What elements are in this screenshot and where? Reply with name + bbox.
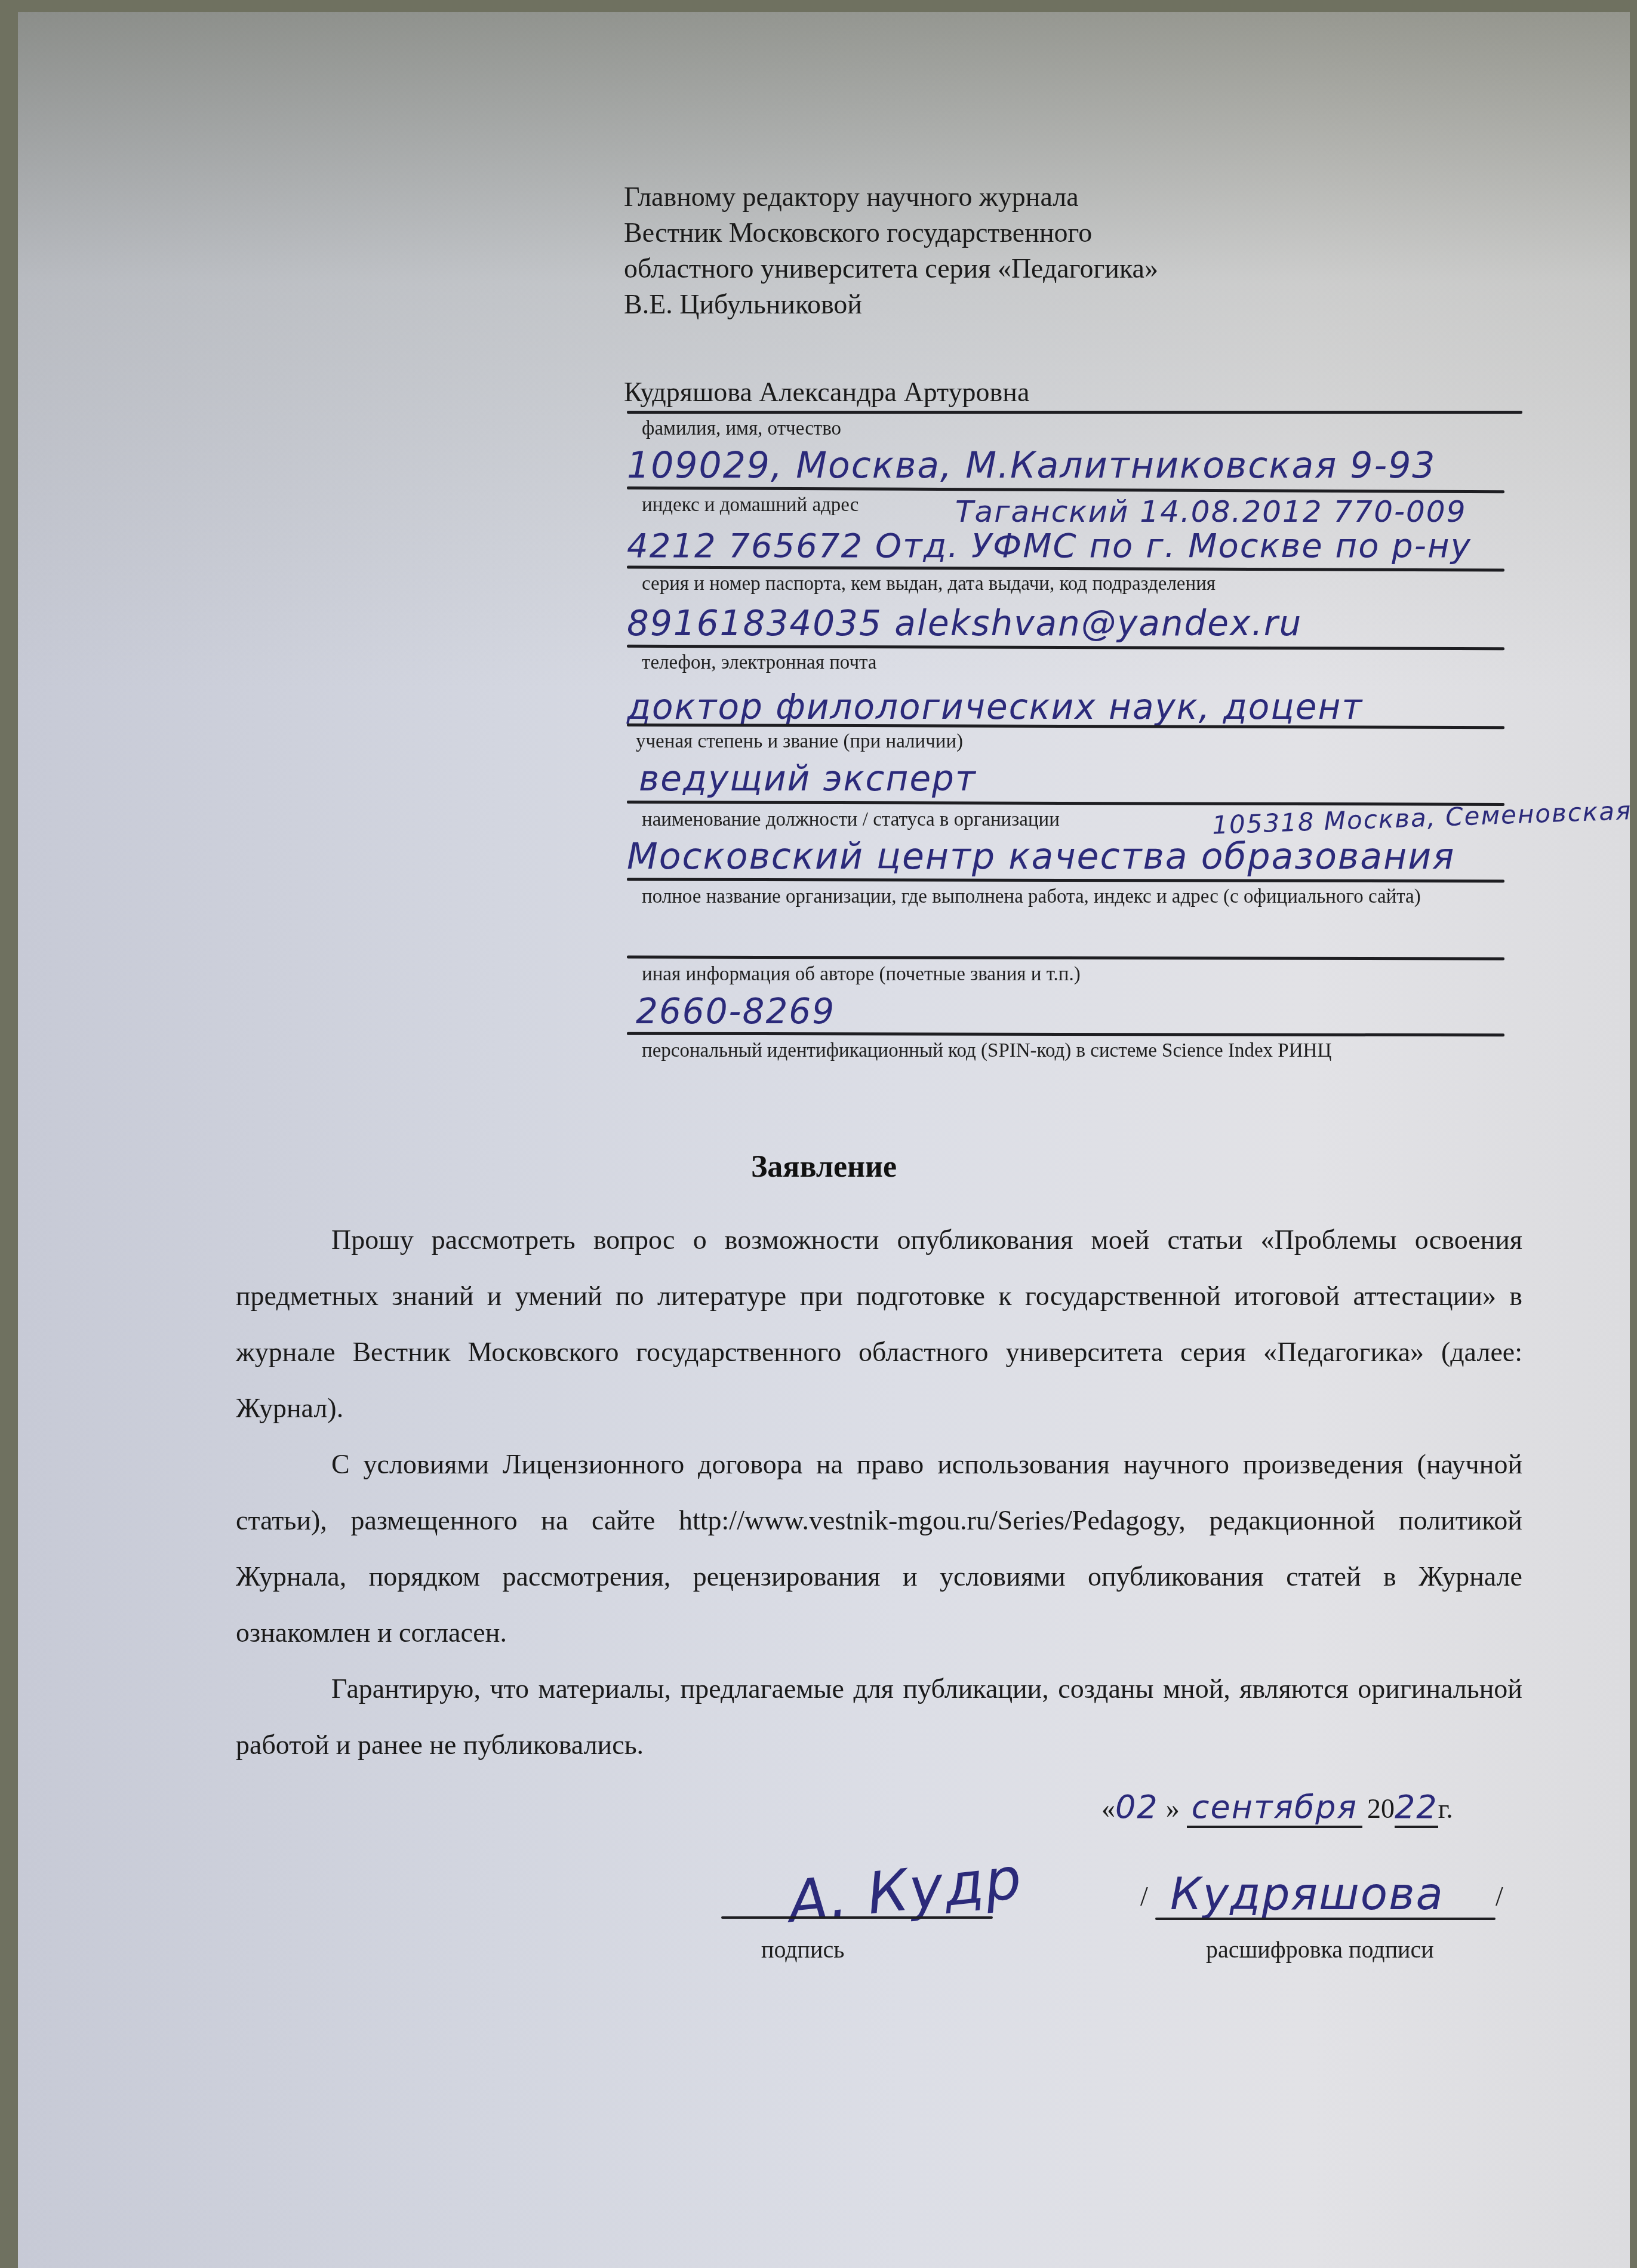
- date-year-suffix: 22: [1395, 1788, 1438, 1828]
- statement-paragraph: Прошу рассмотреть вопрос о возможности о…: [236, 1212, 1522, 1436]
- field-value-passport: 4212 765672 Отд. УФМС по г. Москве по р-…: [627, 527, 1472, 565]
- field-label-name: фамилия, имя, отчество: [642, 418, 841, 440]
- date-year-prefix: 20: [1367, 1793, 1395, 1824]
- field-value-address: 109029, Москва, М.Калитниковская 9-93: [627, 445, 1436, 487]
- statement-paragraph: С условиями Лицензионного договора на пр…: [236, 1436, 1522, 1661]
- field-value-passport-overflow: Таганский 14.08.2012 770-009: [955, 494, 1466, 529]
- author-full-name: Кудряшова Александра Артуровна: [624, 376, 1029, 408]
- field-label-passport: серия и номер паспорта, кем выдан, дата …: [642, 573, 1216, 595]
- date-open-quote: «: [1101, 1793, 1115, 1824]
- date-month: сентября: [1187, 1788, 1362, 1828]
- date-line: «02»сентября2022г.: [1101, 1788, 1453, 1826]
- field-line-spin: [627, 1032, 1504, 1037]
- field-value-spin: 2660-8269: [636, 991, 835, 1032]
- field-line-contacts: [627, 645, 1504, 651]
- field-value-position: ведущий эксперт: [639, 758, 977, 799]
- field-line-organization: [627, 878, 1504, 882]
- statement-title: Заявление: [18, 1149, 1630, 1184]
- field-line-passport: [627, 565, 1504, 571]
- field-line-name: [627, 411, 1522, 414]
- field-value-org-address: 105318 Москва, Семеновская пл. д. 4: [1211, 792, 1637, 839]
- addressee-line: областного университета серия «Педагогик…: [624, 251, 1158, 287]
- date-year-mark: г.: [1438, 1793, 1453, 1824]
- field-value-organization: Московский центр качества образования: [627, 836, 1455, 878]
- field-label-degree: ученая степень и звание (при наличии): [636, 731, 963, 753]
- addressee-line: Главному редактору научного журнала: [624, 179, 1158, 215]
- field-value-contacts: 89161834035 alekshvan@yandex.ru: [627, 603, 1302, 644]
- signature-caption: подпись: [761, 1935, 844, 1964]
- field-label-position: наименование должности / статуса в орган…: [642, 809, 1060, 831]
- signature-line: [721, 1916, 993, 1919]
- field-label-other-info: иная информация об авторе (почетные зван…: [642, 964, 1081, 986]
- field-line-other-info: [627, 955, 1504, 960]
- addressee-block: Главному редактору научного журнала Вест…: [624, 179, 1158, 322]
- decoding-caption: расшифровка подписи: [1206, 1935, 1434, 1964]
- field-value-degree: доктор филологических наук, доцент: [627, 687, 1363, 727]
- decoding-close-slash: /: [1496, 1881, 1503, 1912]
- field-label-contacts: телефон, электронная почта: [642, 652, 877, 674]
- field-line-degree: [627, 724, 1504, 730]
- field-label-spin: персональный идентификационный код (SPIN…: [642, 1040, 1331, 1062]
- decoding-line: [1155, 1918, 1496, 1920]
- date-day: 02: [1115, 1788, 1159, 1826]
- addressee-line: Вестник Московского государственного: [624, 215, 1158, 251]
- signature-handwritten: А. Кудр: [785, 1845, 1026, 1935]
- addressee-line: В.Е. Цибульниковой: [624, 287, 1158, 322]
- date-close-quote: »: [1166, 1793, 1180, 1824]
- field-line-address: [627, 487, 1504, 493]
- document-page: Главному редактору научного журнала Вест…: [18, 12, 1630, 2268]
- decoding-handwritten: Кудряшова: [1170, 1869, 1444, 1920]
- statement-paragraph: Гарантирую, что материалы, предлагаемые …: [236, 1661, 1522, 1773]
- statement-body: Прошу рассмотреть вопрос о возможности о…: [236, 1212, 1522, 1773]
- decoding-open-slash: /: [1140, 1881, 1148, 1912]
- field-label-address: индекс и домашний адрес: [642, 494, 858, 516]
- field-label-organization: полное название организации, где выполне…: [642, 886, 1421, 908]
